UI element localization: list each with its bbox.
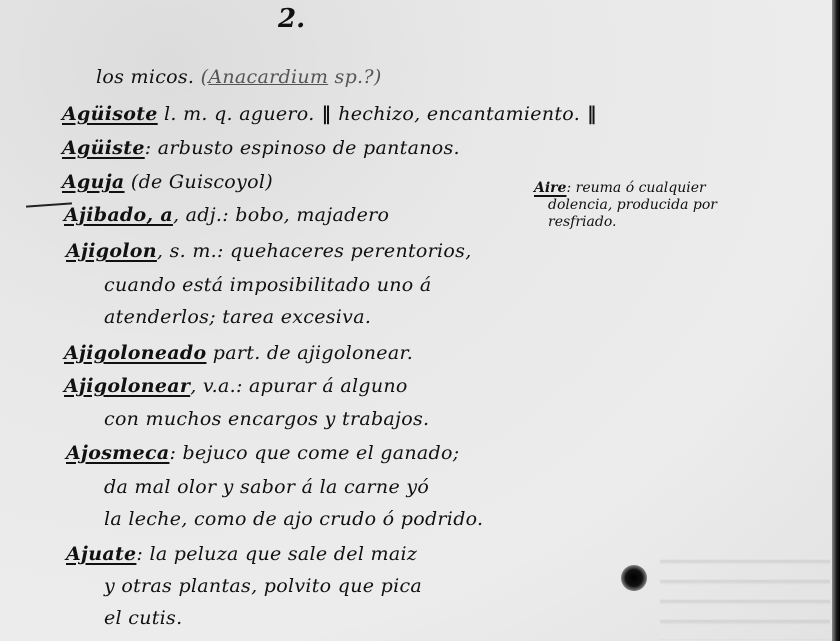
definition: la leche, como de ajo crudo ó podrido.	[104, 508, 483, 530]
definition: , s. m.: quehaceres perentorios,	[157, 240, 472, 262]
entry-line: Agüisote l. m. q. aguero. ‖ hechizo, enc…	[62, 103, 597, 125]
page-edge-shadow	[832, 0, 840, 641]
ink-blot	[621, 565, 647, 591]
entry-line: atenderlos; tarea excesiva.	[104, 306, 371, 328]
definition: part. de ajigolonear.	[206, 342, 413, 364]
definition: , adj.: bobo, majadero	[173, 204, 389, 226]
entry-line: el cutis.	[104, 607, 182, 629]
headword: Ajuate	[66, 543, 136, 565]
annotation-rest: sp.?)	[335, 66, 382, 88]
entry-line: y otras plantas, polvito que pica	[104, 575, 422, 597]
headword: Ajosmeca	[66, 442, 169, 464]
scientific-annotation: (Anacardium sp.?)	[201, 66, 382, 88]
entry-line: Ajuate: la peluza que sale del maiz	[66, 543, 417, 565]
headword: Agüisote	[62, 103, 158, 125]
entry-line: da mal olor y sabor á la carne yó	[104, 476, 429, 498]
margin-note-line: dolencia, producida por	[534, 197, 717, 214]
definition: : arbusto espinoso de pantanos.	[145, 137, 460, 159]
definition: y otras plantas, polvito que pica	[104, 575, 422, 597]
definition: con muchos encargos y trabajos.	[104, 408, 429, 430]
entry-line: Agüiste: arbusto espinoso de pantanos.	[62, 137, 460, 159]
separator: ‖	[580, 103, 597, 125]
margin-headword: Aire	[534, 180, 566, 196]
entry-line: Ajigolonear, v.a.: apurar á alguno	[64, 375, 408, 397]
definition: da mal olor y sabor á la carne yó	[104, 476, 429, 498]
annotation-term: Anacardium	[208, 66, 328, 88]
headword: Ajigolonear	[64, 375, 190, 397]
manuscript-page: 2. los micos. (Anacardium sp.?) Agüisote…	[0, 0, 840, 641]
definition: , v.a.: apurar á alguno	[190, 375, 407, 397]
entry-line: los micos. (Anacardium sp.?)	[96, 66, 382, 88]
entry-line: Ajigolon, s. m.: quehaceres perentorios,	[66, 240, 472, 262]
definition: hechizo, encantamiento.	[338, 103, 580, 125]
entry-line: Ajibado, a, adj.: bobo, majadero	[64, 204, 389, 226]
margin-note: Aire: reuma ó cualquier dolencia, produc…	[534, 180, 717, 231]
entry-line: Ajigoloneado part. de ajigolonear.	[64, 342, 413, 364]
definition: el cutis.	[104, 607, 182, 629]
definition: cuando está imposibilitado uno á	[104, 274, 431, 296]
bleed-through-text	[660, 545, 830, 640]
entry-text: los micos.	[96, 66, 194, 88]
margin-note-line: Aire: reuma ó cualquier	[534, 180, 717, 197]
separator: ‖	[315, 103, 339, 125]
headword: Ajigolon	[66, 240, 157, 262]
margin-definition: resfriado.	[548, 214, 616, 230]
page-number: 2.	[278, 4, 305, 34]
definition: : bejuco que come el ganado;	[169, 442, 459, 464]
margin-definition: : reuma ó cualquier	[566, 180, 705, 196]
headword: Aguja	[62, 171, 125, 193]
headword: Ajibado, a	[64, 204, 173, 226]
entry-line: la leche, como de ajo crudo ó podrido.	[104, 508, 483, 530]
definition: (de Guiscoyol)	[125, 171, 273, 193]
headword: Ajigoloneado	[64, 342, 206, 364]
definition: : la peluza que sale del maiz	[136, 543, 417, 565]
margin-definition: dolencia, producida por	[548, 197, 717, 213]
entry-line: con muchos encargos y trabajos.	[104, 408, 429, 430]
definition: l. m. q. aguero.	[158, 103, 315, 125]
entry-line: Ajosmeca: bejuco que come el ganado;	[66, 442, 459, 464]
margin-note-line: resfriado.	[534, 214, 717, 231]
headword: Agüiste	[62, 137, 145, 159]
entry-line: Aguja (de Guiscoyol)	[62, 171, 273, 193]
entry-line: cuando está imposibilitado uno á	[104, 274, 431, 296]
definition: atenderlos; tarea excesiva.	[104, 306, 371, 328]
